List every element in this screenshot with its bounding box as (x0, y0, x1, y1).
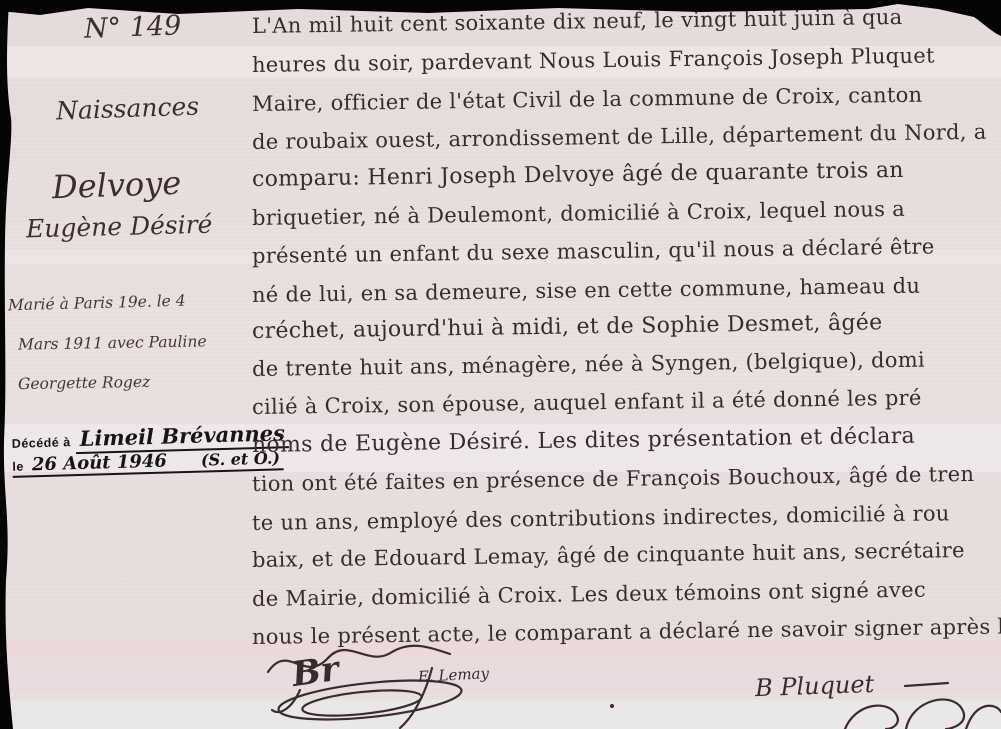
act-text-line: tion ont été faites en présence de Franç… (252, 462, 975, 496)
marriage-note-line3: Georgette Rogez (18, 373, 151, 393)
marriage-note-line2: Mars 1911 avec Pauline (18, 332, 207, 353)
act-text-line: heures du soir, pardevant Nous Louis Fra… (252, 43, 935, 77)
register-page-scan: N° 149 Naissances Delvoye Eugène Désiré … (0, 0, 1001, 729)
death-stamp-row2: le 26 Août 1946 (S. et O.) (12, 447, 283, 478)
act-text-line: te un ans, employé des contributions ind… (252, 501, 950, 535)
death-stamp-printed-decede: Décédé à (12, 435, 71, 451)
act-text-line: baix, et de Edouard Lemay, âgé de cinqua… (252, 538, 965, 572)
act-type-label: Naissances (56, 92, 200, 126)
act-text-line: cilié à Croix, son épouse, auquel enfant… (252, 386, 922, 419)
act-text-line: L'An mil huit cent soixante dix neuf, le… (252, 5, 903, 38)
act-text-line: Maire, officier de l'état Civil de la co… (252, 83, 923, 116)
act-text-line: créchet, aujourd'hui à midi, et de Sophi… (252, 310, 883, 344)
child-surname: Delvoye (51, 164, 181, 206)
act-text-line: noms de Eugène Désiré. Les dites présent… (252, 424, 915, 458)
child-given-names: Eugène Désiré (26, 210, 213, 244)
marriage-note-line1: Marié à Paris 19e. le 4 (8, 292, 186, 315)
lemay-signature: E. Lemay (418, 664, 490, 686)
death-stamp-printed-le: le (12, 460, 24, 474)
death-stamp: Décédé à Limeil Brévannes le 26 Août 194… (11, 420, 290, 478)
scan-edge-bottom-left (0, 694, 11, 729)
act-text-line: de trente huit ans, ménagère, née à Syng… (252, 348, 925, 381)
bottom-ink-dot (610, 704, 614, 708)
act-text-line: présenté un enfant du sexe masculin, qu'… (252, 234, 935, 268)
act-number: N° 149 (83, 10, 181, 44)
bottom-right-flourish (845, 699, 1001, 729)
mayor-signature: B Pluquet (755, 670, 875, 702)
act-text-line: de roubaix ouest, arrondissement de Lill… (252, 120, 987, 154)
scan-band (0, 700, 1001, 729)
act-text-line: de Mairie, domicilié à Croix. Les deux t… (252, 578, 926, 611)
act-text-line: né de lui, en sa demeure, sise en cette … (252, 274, 921, 307)
act-text-line: nous le présent acte, le comparant a déc… (252, 614, 1001, 649)
act-text-line: briquetier, né à Deulemont, domicilié à … (252, 197, 905, 230)
mayor-signature-dash (905, 683, 948, 686)
death-stamp-date: 26 Août 1946 (29, 450, 171, 475)
act-text-line: comparu: Henri Joseph Delvoye âgé de qua… (252, 158, 904, 192)
witness-paraph-signature: Br (289, 649, 341, 695)
scan-edge-left (0, 0, 13, 729)
